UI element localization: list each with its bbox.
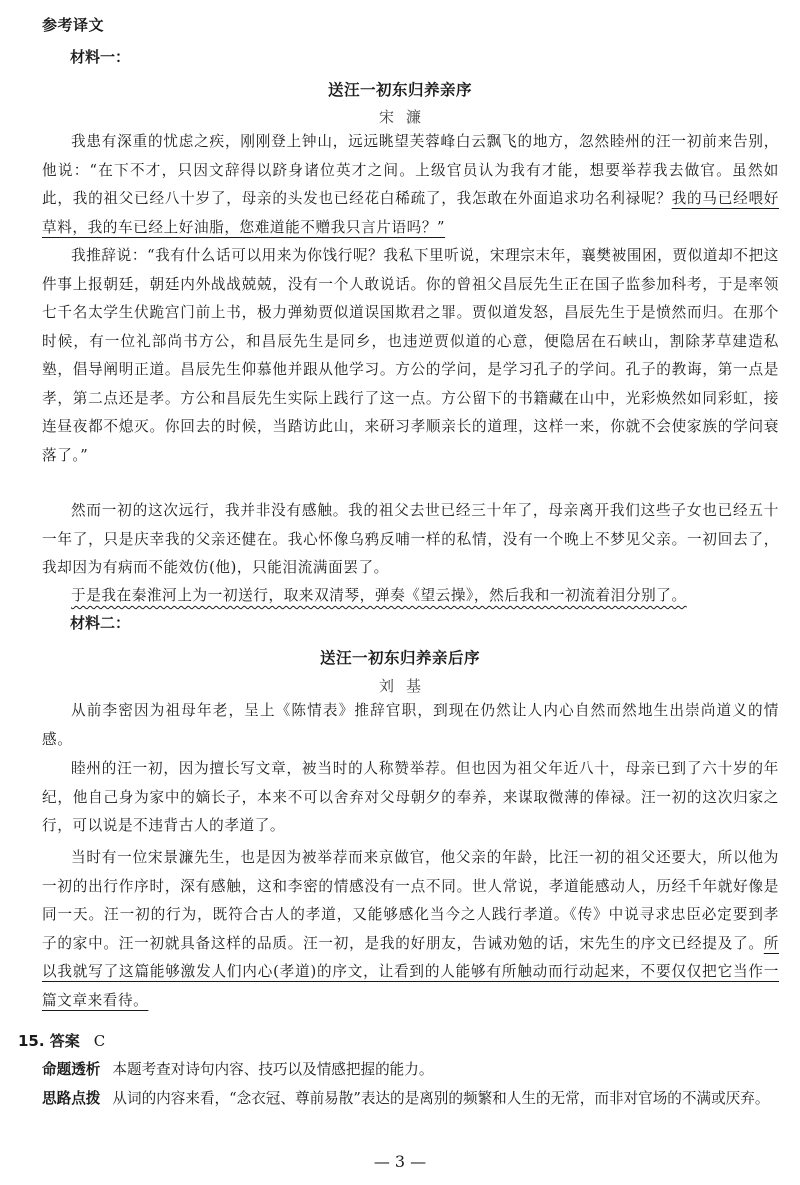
material-2-label: 材料二：	[70, 612, 130, 633]
page-number: — 3 —	[0, 1152, 800, 1171]
material-2-title: 送汪一初东归养亲后序	[0, 646, 800, 668]
question-15-hint: 思路点拨从词的内容来看，“念衣冠、尊前易散”表达的是离别的频繁和人生的无常，而非…	[42, 1085, 779, 1114]
paragraph-text: 然而一初的这次远行，我并非没有感触。我的祖父去世已经三十年了，母亲离开我们这些子…	[42, 502, 779, 576]
material-2-author: 刘基	[0, 675, 800, 696]
material-1-paragraph-3: 然而一初的这次远行，我并非没有感触。我的祖父去世已经三十年了，母亲离开我们这些子…	[42, 497, 779, 583]
wavy-underlined-sentence: 于是我在秦淮河上为一初送行，取来双清琴，弹奏《望云操》，然后我和一初流着泪分别了…	[71, 587, 687, 604]
section-heading: 参考译文	[42, 14, 104, 35]
analysis-label: 命题透析	[42, 1061, 100, 1078]
hint-label: 思路点拨	[42, 1090, 100, 1107]
analysis-text: 本题考查对诗句内容、技巧以及情感把握的能力。	[112, 1061, 433, 1078]
paragraph-text: 当时有一位宋景濂先生，也是因为被举荐而来京做官，他父亲的年龄，比汪一初的祖父还要…	[42, 849, 779, 952]
paragraph-text: 睦州的汪一初，因为擅长写文章，被当时的人称赞举荐。但也因为祖父年近八十，母亲已到…	[42, 760, 779, 834]
material-2-paragraph-1: 从前李密因为祖母年老，呈上《陈情表》推辞官职，到现在仍然让人内心自然而然地生出崇…	[42, 697, 779, 754]
material-2-paragraph-2: 睦州的汪一初，因为擅长写文章，被当时的人称赞举荐。但也因为祖父年近八十，母亲已到…	[42, 755, 779, 841]
paragraph-text: 从前李密因为祖母年老，呈上《陈情表》推辞官职，到现在仍然让人内心自然而然地生出崇…	[42, 702, 779, 748]
material-1-paragraph-4: 于是我在秦淮河上为一初送行，取来双清琴，弹奏《望云操》，然后我和一初流着泪分别了…	[42, 582, 779, 611]
question-15-answer: 15. 答案C	[18, 1030, 105, 1051]
material-1-paragraph-2: 我推辞说：“我有什么话可以用来为你饯行呢？我私下里听说，宋理宗末年，襄樊被围困，…	[42, 242, 779, 470]
answer-label: 15. 答案	[18, 1032, 80, 1050]
question-15-analysis: 命题透析本题考查对诗句内容、技巧以及情感把握的能力。	[42, 1056, 779, 1085]
hint-text: 从词的内容来看，“念衣冠、尊前易散”表达的是离别的频繁和人生的无常，而非对官场的…	[112, 1090, 769, 1107]
paragraph-text: 我推辞说：“我有什么话可以用来为你饯行呢？我私下里听说，宋理宗末年，襄樊被围困，…	[42, 247, 779, 464]
paragraph-text: 我患有深重的忧虑之疾，刚刚登上钟山，远远眺望芙蓉峰白云飘飞的地方，忽然睦州的汪一…	[42, 133, 779, 207]
material-1-author: 宋濂	[0, 106, 800, 127]
material-1-label: 材料一：	[70, 46, 130, 67]
answer-value: C	[94, 1032, 105, 1050]
material-2-paragraph-3: 当时有一位宋景濂先生，也是因为被举荐而来京做官，他父亲的年龄，比汪一初的祖父还要…	[42, 844, 779, 1015]
material-1-paragraph-1: 我患有深重的忧虑之疾，刚刚登上钟山，远远眺望芙蓉峰白云飘飞的地方，忽然睦州的汪一…	[42, 128, 779, 242]
material-1-title: 送汪一初东归养亲序	[0, 78, 800, 100]
